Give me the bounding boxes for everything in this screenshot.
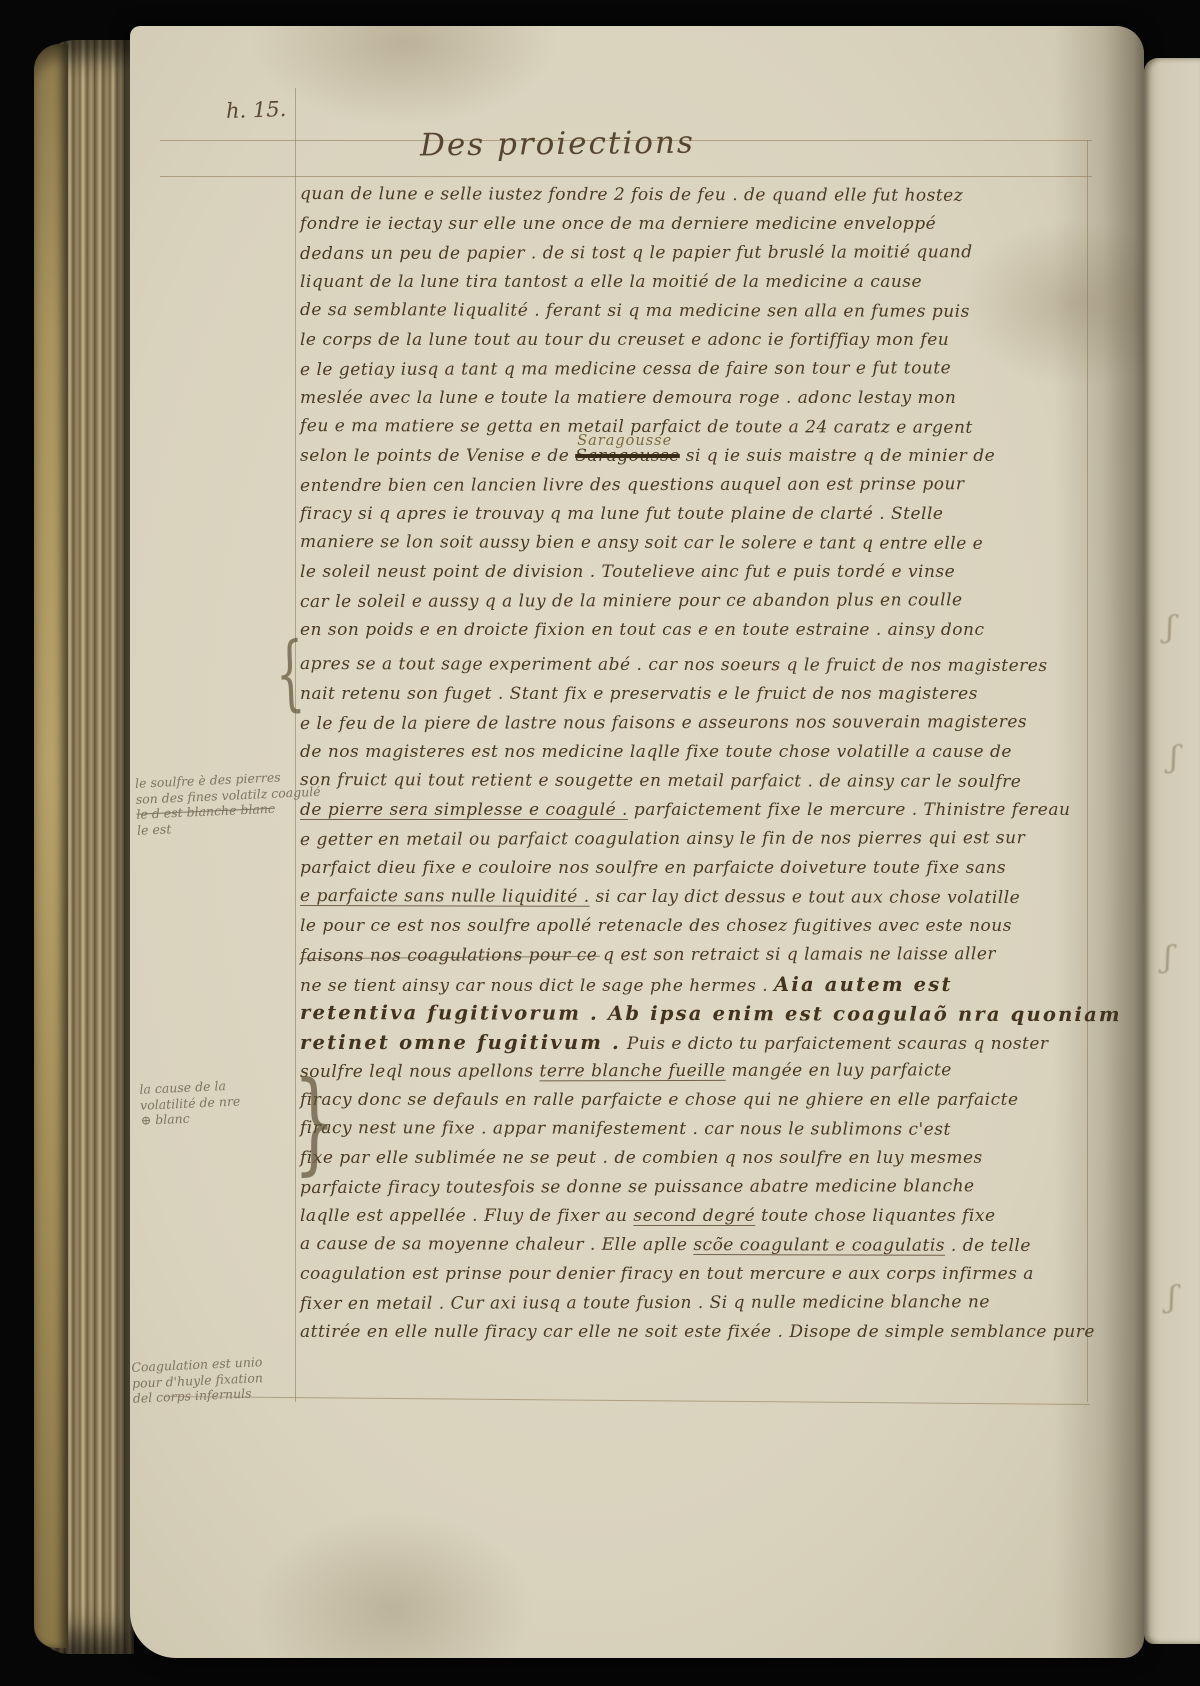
manuscript-line: le soleil neust point de division . Tout…	[300, 559, 1048, 588]
manuscript-line: soulfre leql nous apellons terre blanche…	[300, 1057, 1048, 1088]
page-heading: Des proiections	[420, 125, 695, 164]
manuscript-line: e getter en metail ou parfaict coagulati…	[300, 825, 1048, 856]
manuscript-line: selon le points de Venise e de Saragouss…	[300, 443, 1048, 472]
bleedthrough-mark: ʃ	[1170, 740, 1178, 775]
ruling-line-right-margin	[1087, 140, 1088, 1402]
manuscript-line: laqlle est appellée . Fluy de fixer au s…	[300, 1203, 1048, 1232]
book-cover-edge	[34, 44, 68, 1648]
ruling-line-left-margin	[295, 88, 296, 1402]
manuscript-line: maniere se lon soit aussy bien e ansy so…	[300, 529, 1048, 560]
margin-brace-text: {	[274, 624, 306, 722]
facing-page-edge	[1144, 58, 1200, 1644]
manuscript-line: firacy nest une fixe . appar manifesteme…	[300, 1115, 1048, 1146]
manuscript-line: le corps de la lune tout au tour du creu…	[300, 327, 1048, 356]
manuscript-line: quan de lune e selle iustez fondre 2 foi…	[300, 181, 1048, 212]
manuscript-line: e le getiay iusq a tant q ma medicine ce…	[300, 355, 1048, 386]
margin-note-coagulation: Coagulation est uniopour d'huyle fixatio…	[131, 1352, 308, 1406]
manuscript-line: firacy si q apres ie trouvay q ma lune f…	[300, 501, 1048, 530]
manuscript-line: car le soleil e aussy q a luy de la mini…	[300, 587, 1048, 618]
manuscript-line: fixer en metail . Cur axi iusq a toute f…	[300, 1289, 1048, 1320]
gutter-shadow	[1054, 26, 1144, 1658]
manuscript-line: de sa semblante liqualité . ferant si q …	[300, 297, 1048, 328]
bleedthrough-mark: ʃ	[1166, 610, 1174, 645]
ruling-line-header-bottom	[160, 176, 1092, 177]
manuscript-line: retentiva fugitivorum . Ab ipsa enim est…	[300, 999, 1048, 1030]
manuscript-line: dedans un peu de papier . de si tost q l…	[300, 239, 1048, 270]
manuscript-line: nait retenu son fuget . Stant fix e pres…	[300, 681, 1048, 710]
manuscript-line: a cause de sa moyenne chaleur . Elle apl…	[300, 1231, 1048, 1262]
manuscript-line: firacy donc se defauls en ralle parfaict…	[300, 1087, 1048, 1116]
manuscript-line: coagulation est prinse pour denier firac…	[300, 1261, 1048, 1290]
manuscript-line: meslée avec la lune e toute la matiere d…	[300, 385, 1048, 414]
main-text: quan de lune e selle iustez fondre 2 foi…	[300, 182, 1048, 1348]
manuscript-line: entendre bien cen lancien livre des ques…	[300, 471, 1048, 502]
manuscript-line: son fruict qui tout retient e sougette e…	[300, 767, 1048, 798]
manuscript-line: fixe par elle sublimée ne se peut . de c…	[300, 1145, 1048, 1174]
manuscript-line: le pour ce est nos soulfre apollé retena…	[300, 913, 1048, 942]
manuscript-line: parfaicte firacy toutesfois se donne se …	[300, 1173, 1048, 1204]
folio-mark: h. 15.	[226, 97, 287, 123]
manuscript-line: de pierre sera simplesse e coagulé . par…	[300, 797, 1048, 826]
manuscript-line: parfaict dieu fixe e couloire nos soulfr…	[300, 855, 1048, 884]
margin-note-volatility: la cause de lavolatilité de nre⊕ blanc	[139, 1074, 316, 1128]
manuscript-photo: ʃʃʃʃ h. 15. Des proiections quan de lune…	[0, 0, 1200, 1686]
manuscript-line: feu e ma matiere se getta en metail parf…	[300, 413, 1048, 444]
manuscript-line: e le feu de la piere de lastre nous fais…	[300, 709, 1048, 740]
bleedthrough-mark: ʃ	[1168, 1280, 1176, 1315]
manuscript-line: de nos magisteres est nos medicine laqll…	[300, 739, 1048, 768]
margin-note-sulphur: le soulfre è des pierresson des fines vo…	[135, 768, 313, 838]
manuscript-line: e parfaicte sans nulle liquidité . si ca…	[300, 883, 1048, 914]
manuscript-line: attirée en elle nulle firacy car elle ne…	[300, 1319, 1048, 1348]
bleedthrough-mark: ʃ	[1164, 940, 1172, 975]
manuscript-line: retinet omne fugitivum . Puis e dicto tu…	[300, 1029, 1048, 1058]
manuscript-line: en son poids e en droicte fixion en tout…	[300, 617, 1048, 646]
interlinear-correction: Saragousse	[577, 428, 672, 455]
manuscript-line: liquant de la lune tira tantost a elle l…	[300, 269, 1048, 298]
manuscript-line: apres se a tout sage experiment abé . ca…	[300, 651, 1048, 682]
manuscript-line: fondre ie iectay sur elle une once de ma…	[300, 211, 1048, 240]
manuscript-line: ne se tient ainsy car nous dict le sage …	[300, 971, 1048, 1000]
